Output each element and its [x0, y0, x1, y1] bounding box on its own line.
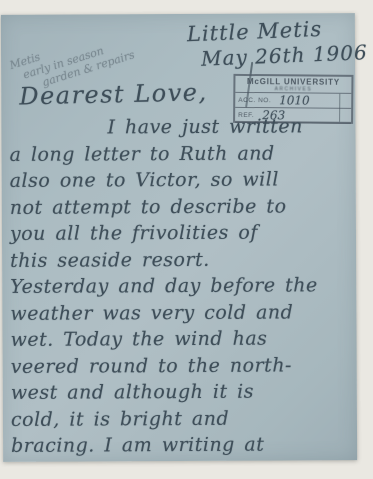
scanned-letter-page: Metis early in season garden & repairs L… [0, 0, 373, 479]
body-line: west and although it is [11, 378, 351, 406]
letter-paper: Metis early in season garden & repairs L… [1, 13, 357, 462]
body-line: you all the frivolities of [10, 219, 350, 247]
stamp-acc-value: 1010 [279, 93, 310, 107]
stamp-header: McGILL UNIVERSITY ARCHIVES [235, 76, 351, 94]
stamp-department: ARCHIVES [235, 86, 351, 93]
stamp-acc-label: ACC. NO. [238, 96, 271, 103]
body-line: weather was very cold and [10, 299, 350, 327]
letter-body: I have just written a long letter to Rut… [9, 113, 351, 459]
body-line: Yesterday and day before the [10, 272, 350, 300]
salutation: Dearest Love, [19, 78, 208, 110]
body-line: not attempt to describe to [10, 193, 350, 221]
body-line: I have just written [9, 113, 349, 141]
body-line: this seaside resort. [10, 246, 350, 274]
body-line: cold, it is bright and [11, 405, 351, 433]
stamp-acc-row: ACC. NO. 1010 [235, 93, 351, 109]
body-line: also one to Victor, so will [10, 166, 350, 194]
body-line: veered round to the north- [11, 352, 351, 380]
body-line: wet. Today the wind has [10, 325, 350, 353]
body-line: bracing. I am writing at [11, 431, 351, 459]
body-line: a long letter to Ruth and [9, 140, 349, 168]
